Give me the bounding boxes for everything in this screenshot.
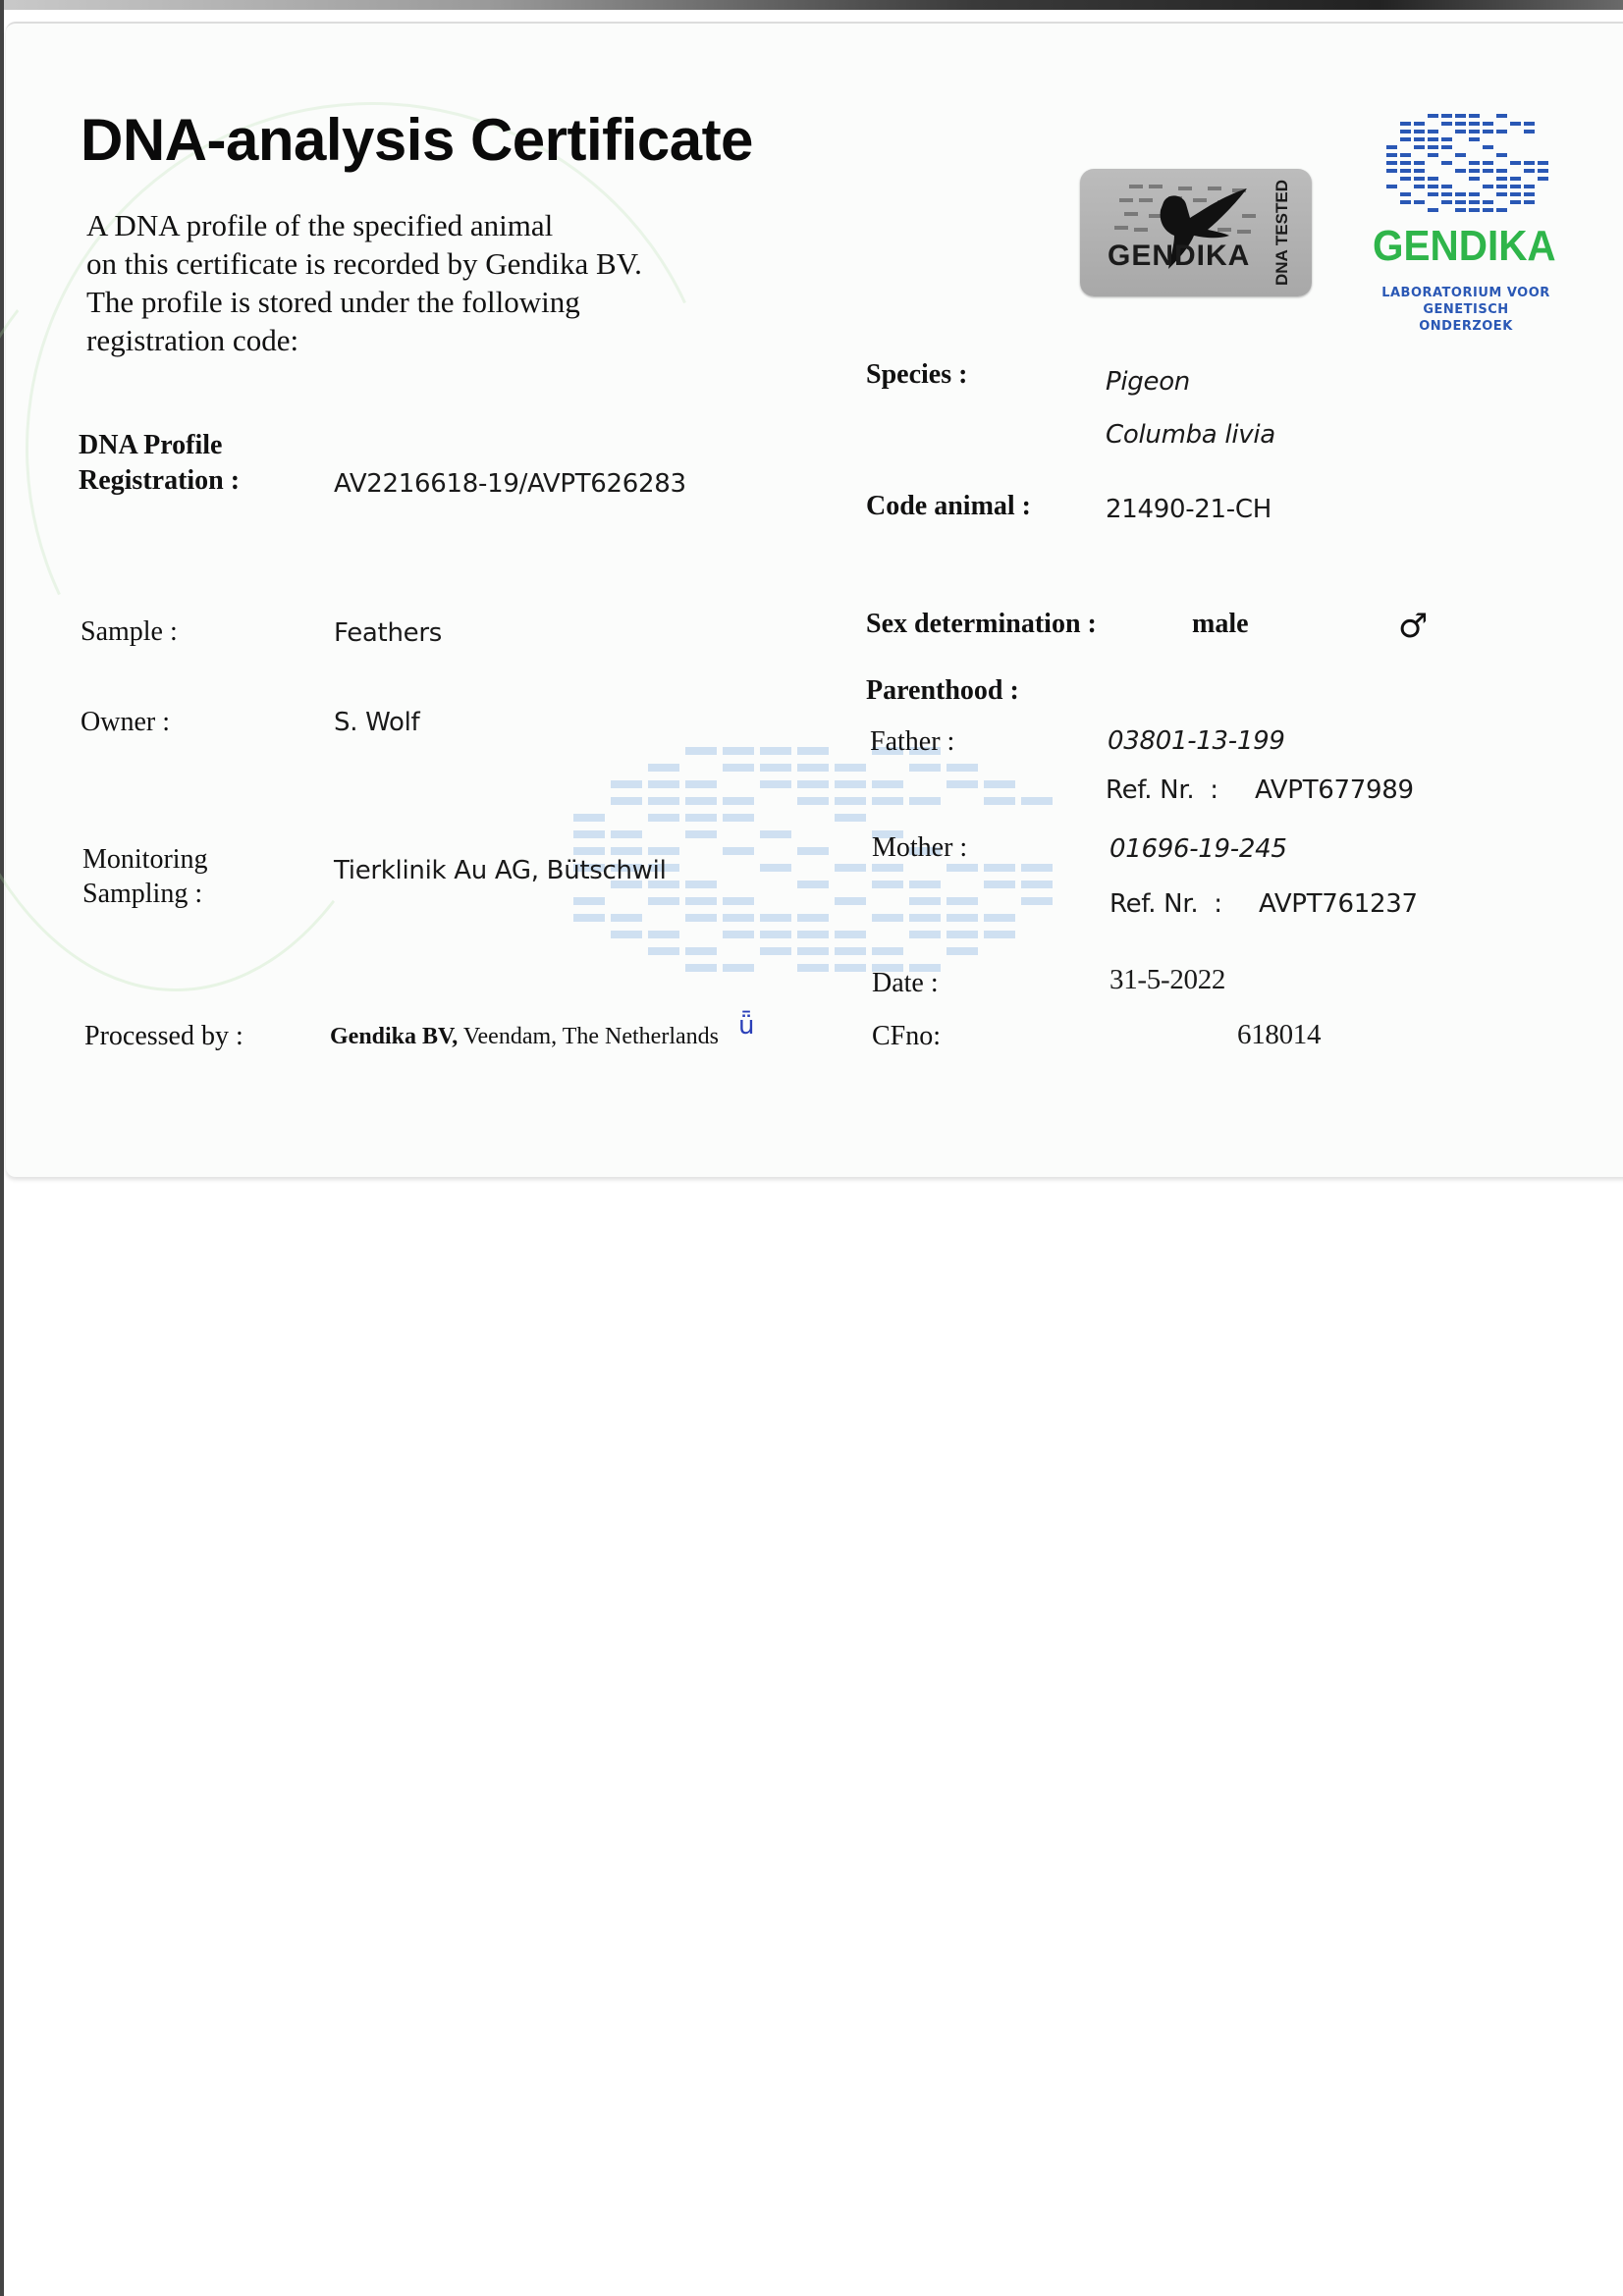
intro-line: A DNA profile of the specified animal bbox=[86, 206, 774, 244]
monitoring-label: Monitoring bbox=[82, 844, 208, 876]
signature-mark: ǖ bbox=[738, 1011, 754, 1041]
mother-ref-label: Ref. Nr. : bbox=[1109, 889, 1222, 919]
owner-value: S. Wolf bbox=[334, 708, 419, 737]
page-title: DNA-analysis Certificate bbox=[81, 106, 753, 174]
intro-text: A DNA profile of the specified animal on… bbox=[86, 206, 774, 359]
male-symbol-icon: ♂ bbox=[1398, 607, 1428, 646]
sex-label: Sex determination : bbox=[866, 609, 1097, 640]
date-label: Date : bbox=[872, 968, 939, 999]
mother-label: Mother : bbox=[872, 832, 967, 864]
seal-tag: DNA TESTED bbox=[1272, 177, 1302, 289]
logo-subtitle: LABORATORIUM VOOR GENETISCH ONDERZOEK bbox=[1375, 285, 1557, 335]
father-ref-label: Ref. Nr. : bbox=[1106, 775, 1218, 805]
processed-value: Gendika BV, Veendam, The Netherlands bbox=[330, 1024, 719, 1050]
intro-line: The profile is stored under the followin… bbox=[86, 283, 774, 321]
seal-brand: GENDIKA bbox=[1108, 240, 1250, 273]
registration-label: DNA Profile bbox=[79, 430, 222, 461]
registration-value: AV2216618-19/AVPT626283 bbox=[334, 469, 686, 499]
species-label: Species : bbox=[866, 359, 967, 391]
parenthood-label: Parenthood : bbox=[866, 675, 1019, 707]
monitoring-value: Tierklinik Au AG, Bütschwil bbox=[334, 856, 667, 885]
intro-line: registration code: bbox=[86, 321, 774, 359]
processed-company: Gendika BV, bbox=[330, 1024, 458, 1049]
sex-value: male bbox=[1192, 609, 1249, 640]
scan-edge-top bbox=[0, 0, 1623, 10]
logo-subtitle-line: GENETISCH ONDERZOEK bbox=[1375, 301, 1557, 335]
owner-label: Owner : bbox=[81, 707, 170, 738]
intro-line: on this certificate is recorded by Gendi… bbox=[86, 244, 774, 283]
species-latin: Columba livia bbox=[1106, 420, 1275, 450]
logo-name: GENDIKA bbox=[1373, 222, 1556, 271]
father-value: 03801-13-199 bbox=[1108, 726, 1285, 756]
processed-location: Veendam, The Netherlands bbox=[458, 1024, 719, 1049]
processed-label: Processed by : bbox=[84, 1021, 243, 1052]
sample-label: Sample : bbox=[81, 616, 178, 648]
monitoring-label: Sampling : bbox=[82, 879, 202, 910]
registration-label: Registration : bbox=[79, 465, 240, 497]
mother-ref-value: AVPT761237 bbox=[1259, 889, 1418, 919]
date-value: 31-5-2022 bbox=[1109, 964, 1225, 996]
species-common: Pigeon bbox=[1106, 367, 1190, 397]
cfno-label: CFno: bbox=[872, 1021, 941, 1052]
code-animal-value: 21490-21-CH bbox=[1106, 495, 1271, 524]
mother-value: 01696-19-245 bbox=[1109, 834, 1287, 864]
father-label: Father : bbox=[870, 726, 954, 758]
sample-value: Feathers bbox=[334, 618, 442, 648]
father-ref-value: AVPT677989 bbox=[1255, 775, 1414, 805]
code-animal-label: Code animal : bbox=[866, 491, 1031, 522]
cfno-value: 618014 bbox=[1237, 1019, 1321, 1051]
gendika-logo-icon bbox=[1373, 106, 1555, 220]
dna-tested-seal: GENDIKA DNA TESTED bbox=[1080, 169, 1312, 296]
logo-subtitle-line: LABORATORIUM VOOR bbox=[1375, 285, 1557, 301]
